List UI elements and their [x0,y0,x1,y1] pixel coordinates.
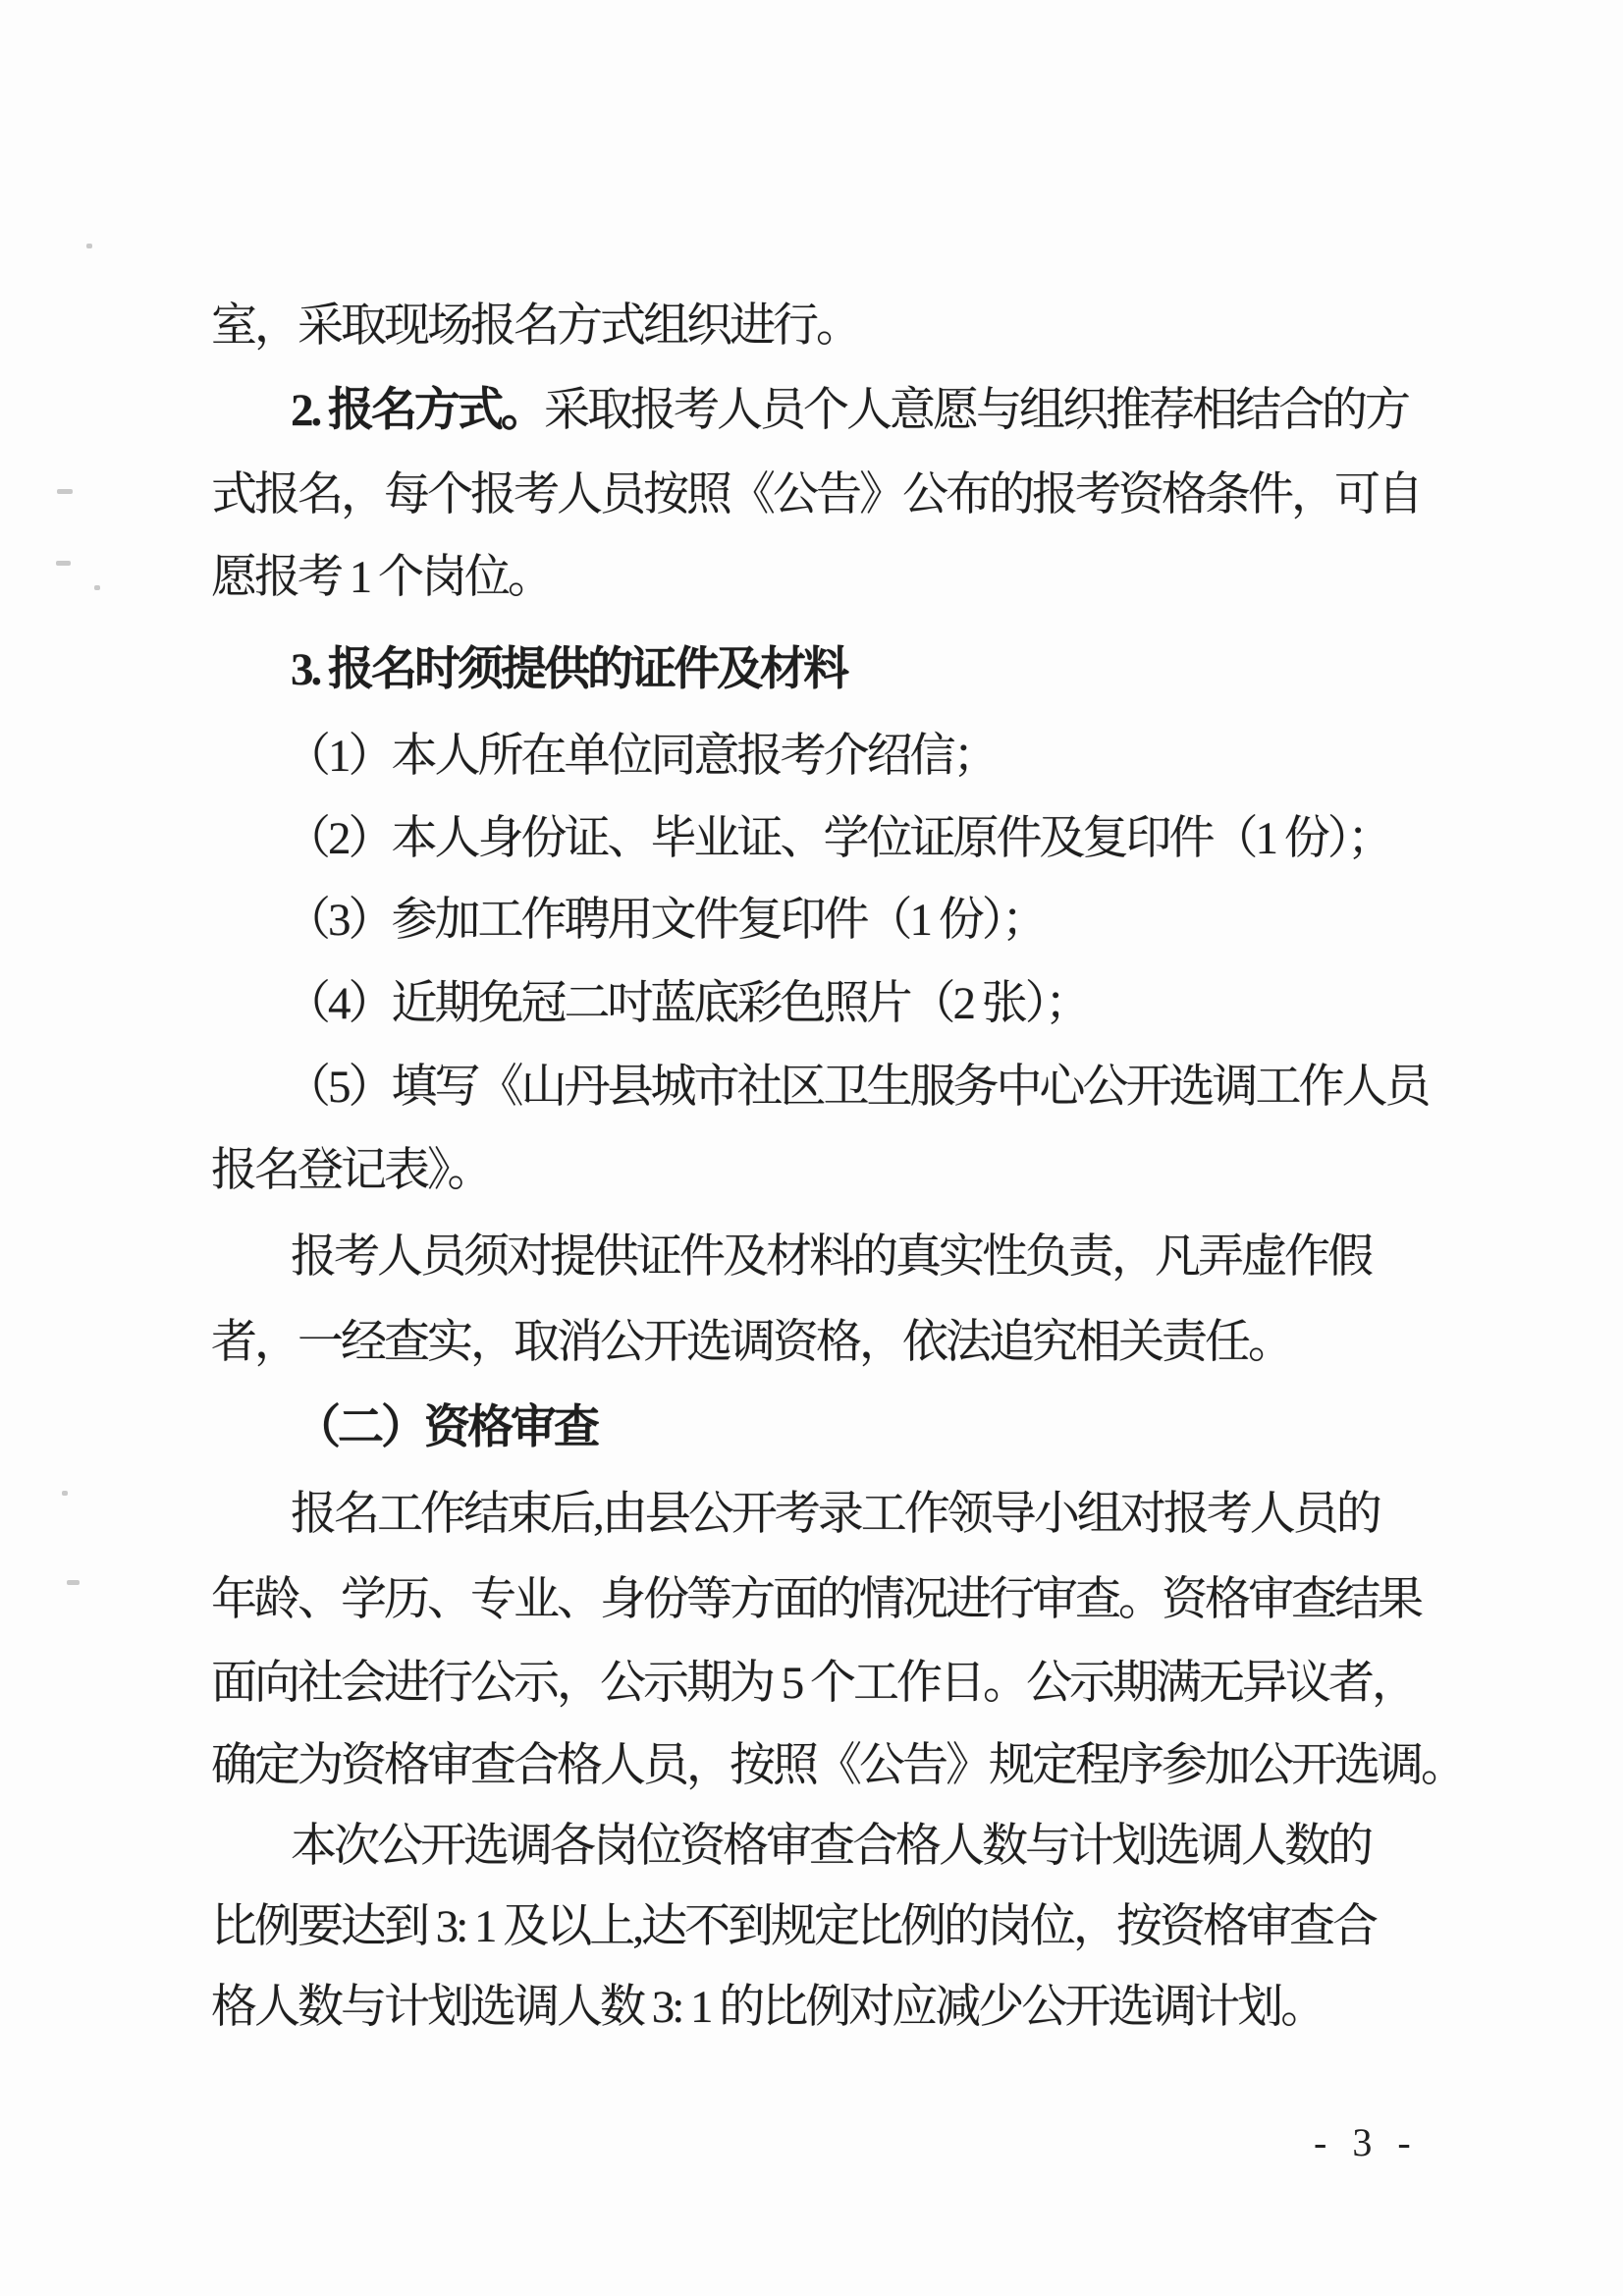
scan-artifact [57,489,73,494]
doc-line-1: 室，采取现场报名方式组织进行。 [211,297,859,355]
doc-line-11: 报名登记表》。 [211,1141,491,1200]
doc-line-17: 面向社会进行公示，公示期为 5 个工作日。公示期满无异议者， [211,1654,1415,1713]
page-number: - 3 - [1314,2119,1419,2165]
scan-artifact [86,244,92,248]
doc-line-14: （二）资格审查 [295,1398,597,1457]
doc-line-15: 报名工作结束后,由县公开考录工作领导小组对报考人员的 [291,1485,1380,1544]
document-page: 室，采取现场报名方式组织进行。 2. 报名方式。采取报考人员个人意愿与组织推荐相… [0,0,1623,2296]
doc-line-8: （3）参加工作聘用文件复印件（1 份）； [285,891,1045,950]
doc-line-20: 比例要达到 3: 1 及以上,达不到规定比例的岗位，按资格审查合 [211,1897,1376,1956]
doc-line-5: 3. 报名时须提供的证件及材料 [291,640,846,699]
doc-line-9: （4）近期免冠二吋蓝底彩色照片（2 张）； [285,974,1088,1033]
doc-line-6: （1）本人所在单位同意报考介绍信； [285,727,997,786]
doc-line-3: 式报名，每个报考人员按照《公告》公布的报考资格条件，可自 [211,465,1421,524]
doc-line-16: 年龄、学历、专业、身份等方面的情况进行审查。资格审查结果 [211,1570,1421,1629]
doc-line-13: 者，一经查实，取消公开选调资格，依法追究相关责任。 [211,1313,1291,1372]
doc-line-7: （2）本人身份证、毕业证、学位证原件及复印件（1 份）； [285,809,1390,868]
scan-artifact [67,1580,80,1585]
doc-line-2: 2. 报名方式。采取报考人员个人意愿与组织推荐相结合的方 [291,381,1408,440]
doc-line-10: （5）填写《山丹县城市社区卫生服务中心公开选调工作人员 [285,1058,1429,1117]
doc-line-18: 确定为资格审查合格人员，按照《公告》规定程序参加公开选调。 [211,1736,1464,1795]
scan-artifact [56,561,71,566]
doc-line-12: 报考人员须对提供证件及材料的真实性负责，凡弄虚作假 [291,1228,1371,1286]
doc-line-19: 本次公开选调各岗位资格审查合格人数与计划选调人数的 [291,1817,1371,1876]
scan-artifact [94,585,100,590]
scan-artifact [62,1491,68,1496]
doc-line-21: 格人数与计划选调人数 3: 1 的比例对应减少公开选调计划。 [211,1978,1324,2037]
doc-line-4: 愿报考 1 个岗位。 [211,548,551,607]
